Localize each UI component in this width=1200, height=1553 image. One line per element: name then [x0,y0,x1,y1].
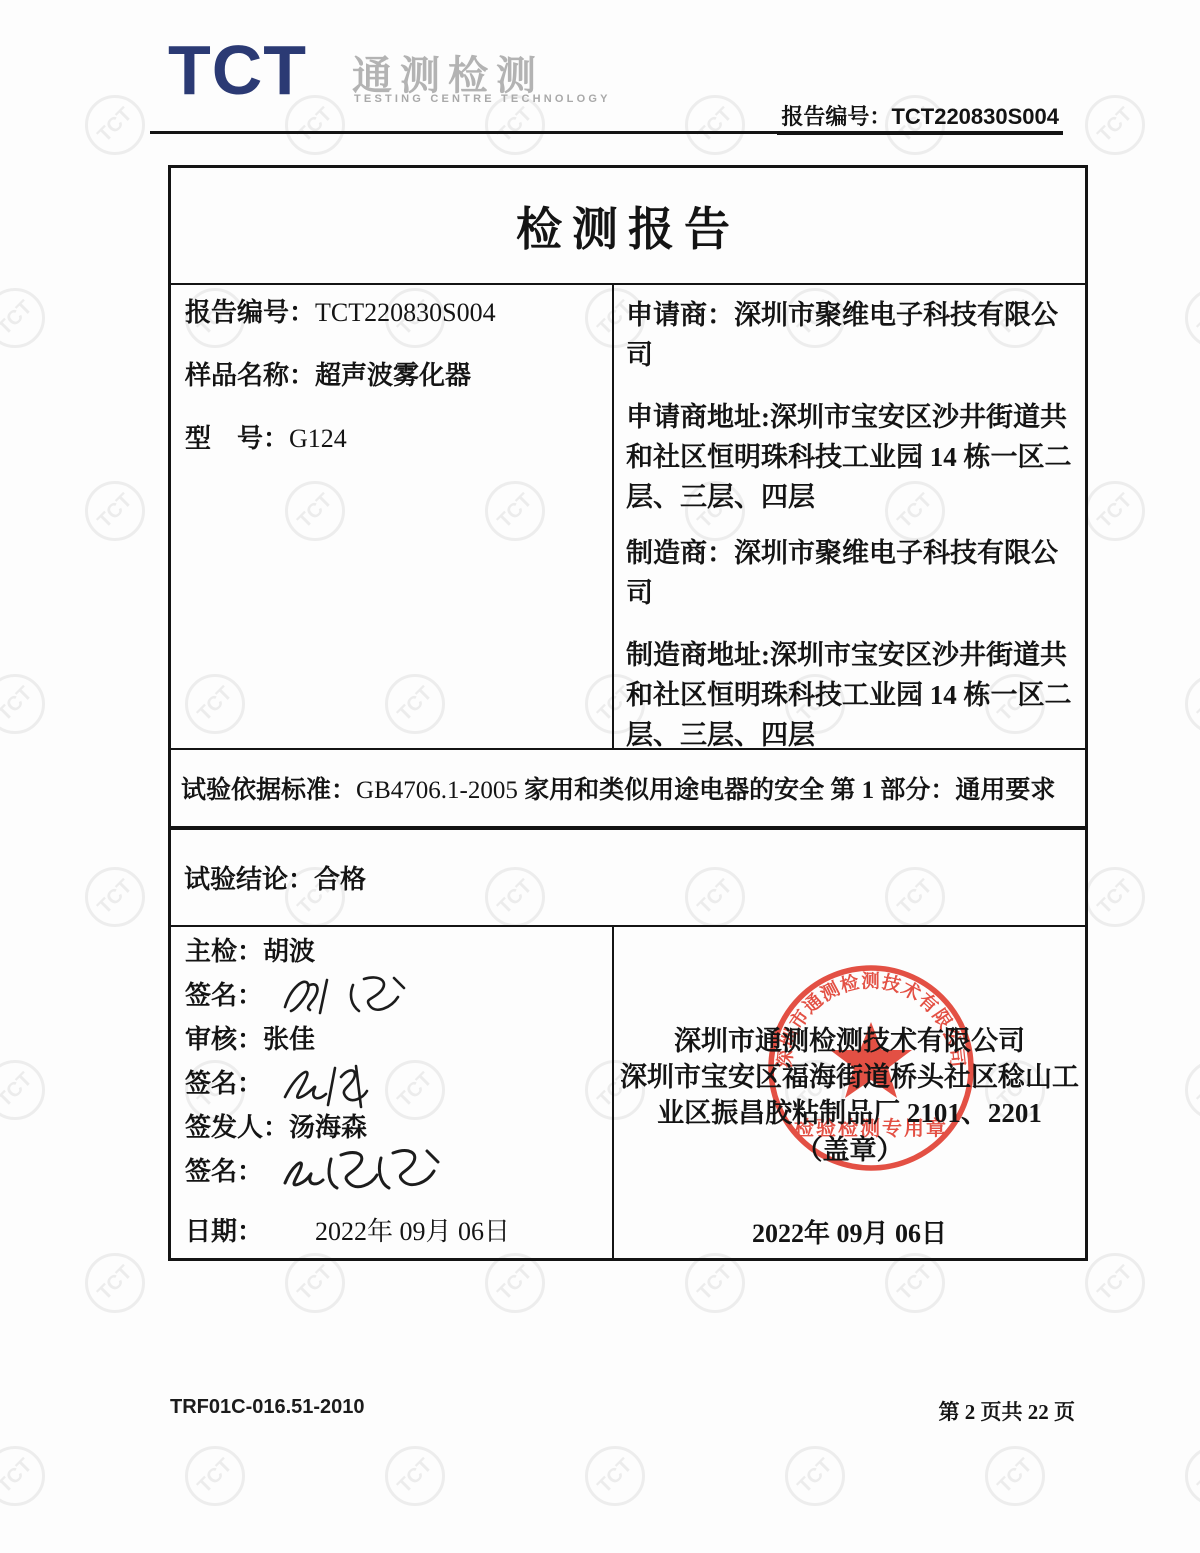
lab-stamp-cell: 深圳市通测检测技术有限公司 检验检测专用章 深圳市通测检测技术有限公司 深圳市宝… [614,927,1085,1258]
issuer-signature-line: 签名： [185,1145,602,1199]
header-rule [150,131,1063,134]
tct-watermark: TCT [1073,83,1158,168]
tct-watermark: TCT [373,1434,458,1519]
inspector-line: 主检：胡波 [185,935,602,969]
tct-watermark: TCT [773,1434,858,1519]
tct-watermark: TCT [73,83,158,168]
manufacturer-address: 制造商地址:深圳市宝安区沙井街道共和社区恒明珠科技工业园 14 栋一区二层、三层… [626,635,1077,755]
footer-page-info: 第 2 页共 22 页 [939,1396,1076,1426]
standard-label: 试验依据标准： [181,777,356,804]
tct-watermark: TCT [73,469,158,554]
applicant-address: 申请商地址:深圳市宝安区沙井街道共和社区恒明珠科技工业园 14 栋一区二层、三层… [626,397,1077,517]
tct-watermark: TCT [73,1241,158,1326]
model-line: 型 号：G124 [185,423,602,455]
signoff-row: 主检：胡波 签名： 审核：张佳 签名： [171,927,1085,1258]
stamp-date: 2022年 09月 06日 [614,1213,1085,1250]
applicant-info-cell: 申请商：深圳市聚维电子科技有限公司 申请商地址:深圳市宝安区沙井街道共和社区恒明… [614,285,1085,748]
tct-watermark: TCT [673,83,758,168]
report-page: TCTTCTTCTTCTTCTTCTTCTTCTTCTTCTTCTTCTTCTT… [0,0,1200,1553]
date-line: 日期：2022年 09月 06日 [185,1214,602,1250]
header-report-number-label: 报告编号： [781,104,891,129]
test-standard-row: 试验依据标准：GB4706.1-2005 家用和类似用途电器的安全 第 1 部分… [171,750,1085,830]
tct-watermark: TCT [0,662,57,747]
conclusion-row: 试验结论：合格 [171,830,1085,927]
tct-watermark: TCT [0,1048,57,1133]
reviewer-line: 审核：张佳 [185,1023,602,1057]
applicant-line: 申请商：深圳市聚维电子科技有限公司 [626,295,1077,375]
lab-company-block: 深圳市通测检测技术有限公司 深圳市宝安区福海街道桥头社区稔山工业区振昌胶粘制品厂… [614,927,1085,1169]
tct-watermark: TCT [1173,1434,1200,1519]
tct-watermark: TCT [973,1434,1058,1519]
conclusion-label: 试验结论： [184,865,314,894]
tct-watermark: TCT [173,1434,258,1519]
tct-watermark: TCT [73,855,158,940]
tct-watermark: TCT [1173,276,1200,361]
header-report-number-value: TCT220830S004 [891,104,1059,129]
standard-code: GB4706.1-2005 [356,777,524,804]
issuer-signature-image [277,1146,447,1198]
lab-company-address: 深圳市宝安区福海街道桥头社区稔山工业区振昌胶粘制品厂 2101、2201 [614,1059,1085,1131]
reviewer-signature-line: 签名： [185,1057,602,1111]
tct-watermark: TCT [0,276,57,361]
tct-logo: TCT [168,30,307,110]
signatures-cell: 主检：胡波 签名： 审核：张佳 签名： [171,927,614,1258]
page-title: 检测报告 [516,193,740,259]
title-row: 检测报告 [171,168,1085,285]
sample-info-cell: 报告编号：TCT220830S004 样品名称：超声波雾化器 型 号：G124 [171,285,614,748]
tct-watermark: TCT [1173,662,1200,747]
manufacturer-line: 制造商：深圳市聚维电子科技有限公司 [626,533,1077,613]
inspector-signature-line: 签名： [185,969,602,1023]
info-row: 报告编号：TCT220830S004 样品名称：超声波雾化器 型 号：G124 … [171,285,1085,750]
logo-english-name: TESTING CENTRE TECHNOLOGY [354,93,611,105]
conclusion-value: 合格 [314,865,366,894]
standard-text: 家用和类似用途电器的安全 第 1 部分：通用要求 [524,777,1055,804]
tct-watermark: TCT [1173,1048,1200,1133]
header-report-number: 报告编号：TCT220830S004 [777,100,1063,135]
issuer-line: 签发人：汤海森 [185,1111,602,1145]
tct-watermark: TCT [573,1434,658,1519]
tct-watermark: TCT [0,1434,57,1519]
inspector-signature-image [277,971,427,1021]
report-number-line: 报告编号：TCT220830S004 [185,297,602,329]
lab-company-name: 深圳市通测检测技术有限公司 [614,1023,1085,1059]
sample-name-line: 样品名称：超声波雾化器 [185,360,602,392]
reviewer-signature-image [277,1057,407,1111]
footer-doc-code: TRF01C-016.51-2010 [170,1396,365,1419]
report-table: 检测报告 报告编号：TCT220830S004 样品名称：超声波雾化器 型 号：… [168,165,1088,1261]
seal-note: （盖章） [614,1131,1085,1169]
